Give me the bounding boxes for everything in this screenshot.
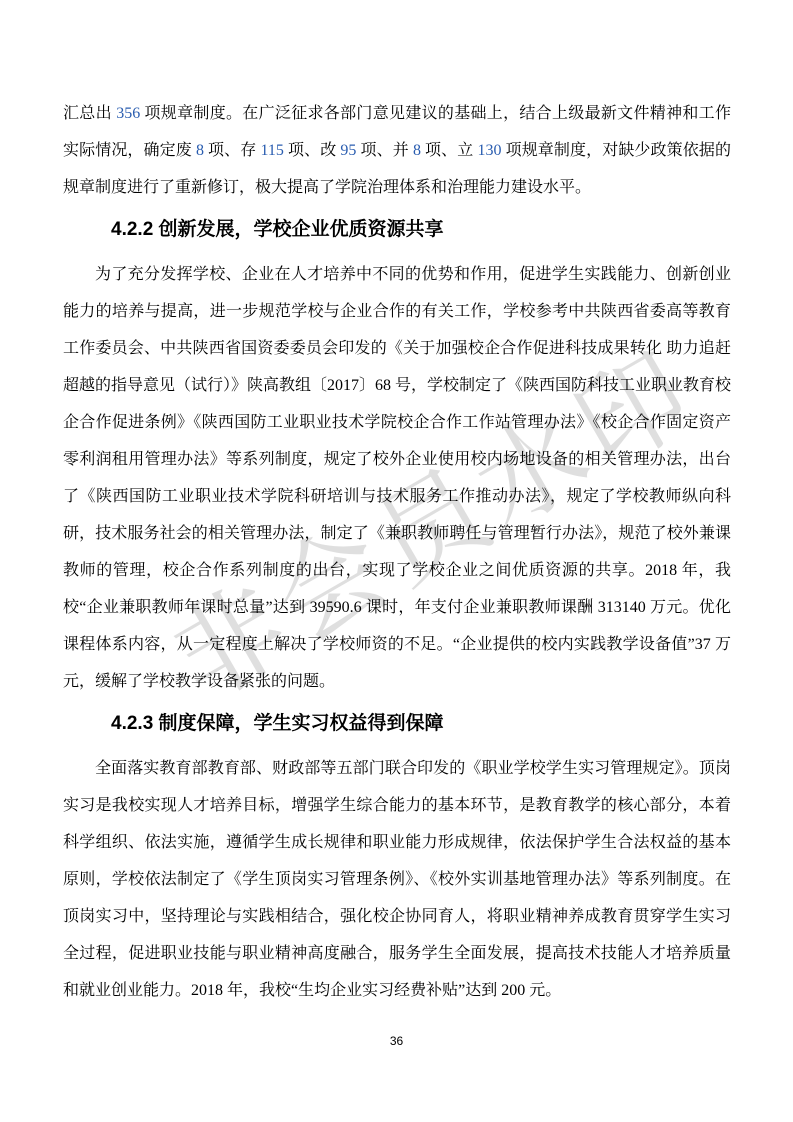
stat-abolished: 8 bbox=[196, 142, 204, 159]
document-page: 非会员水印 汇总出 356 项规章制度。在广泛征求各部门意见建议的基础上，结合上… bbox=[0, 0, 793, 1122]
paragraph-school-enterprise-cooperation: 为了充分发挥学校、企业在人才培养中不同的优势和作用，促进学生实践能力、创新创业能… bbox=[63, 256, 731, 700]
stat-merged: 8 bbox=[413, 142, 421, 159]
section-heading-4-2-3: 4.2.3 制度保障，学生实习权益得到保障 bbox=[111, 710, 731, 738]
stat-kept: 115 bbox=[260, 142, 283, 159]
section-heading-4-2-2: 4.2.2 创新发展，学校企业优质资源共享 bbox=[111, 216, 731, 244]
page-content: 汇总出 356 项规章制度。在广泛征求各部门意见建议的基础上，结合上级最新文件精… bbox=[63, 95, 731, 1009]
text-segment: 项、立 bbox=[421, 142, 478, 159]
text-segment: 项、并 bbox=[356, 142, 413, 159]
stat-created: 130 bbox=[477, 142, 501, 159]
text-segment: 汇总出 bbox=[63, 105, 116, 122]
text-segment: 项、改 bbox=[284, 142, 341, 159]
stat-total-regulations: 356 bbox=[116, 105, 140, 122]
paragraph-regulations-summary: 汇总出 356 项规章制度。在广泛征求各部门意见建议的基础上，结合上级最新文件精… bbox=[63, 95, 731, 206]
stat-revised: 95 bbox=[340, 142, 356, 159]
text-segment: 项、存 bbox=[204, 142, 261, 159]
paragraph-internship-protection: 全面落实教育部教育部、财政部等五部门联合印发的《职业学校学生实习管理规定》。顶岗… bbox=[63, 750, 731, 1009]
page-number: 36 bbox=[0, 1034, 793, 1048]
